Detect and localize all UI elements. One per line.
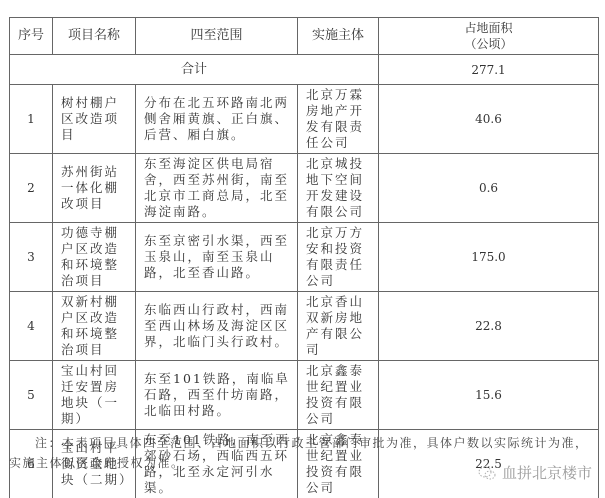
row-name: 双新村棚户区改造和环境整治项目 xyxy=(53,292,136,361)
row-entity: 北京城投地下空间开发建设有限公司 xyxy=(298,154,379,223)
table-header-row: 序号 项目名称 四至范围 实施主体 占地面积 （公顷） xyxy=(10,18,599,55)
row-no: 2 xyxy=(10,154,53,223)
row-name: 苏州街站一体化棚改项目 xyxy=(53,154,136,223)
header-no: 序号 xyxy=(10,18,53,55)
row-name: 树村棚户区改造项目 xyxy=(53,85,136,154)
header-area-unit: （公顷） xyxy=(380,36,597,52)
table-row: 5 宝山村回迁安置房地块（一期） 东至101铁路，南临阜石路，西至什坊南路，北临… xyxy=(10,361,599,430)
row-no: 3 xyxy=(10,223,53,292)
row-area: 0.6 xyxy=(379,154,599,223)
row-area: 175.0 xyxy=(379,223,599,292)
row-range: 东至海淀区供电局宿舍，西至苏州街，南至北京市工商总局，北至海淀南路。 xyxy=(136,154,298,223)
row-no: 1 xyxy=(10,85,53,154)
row-area: 22.8 xyxy=(379,292,599,361)
row-no: 4 xyxy=(10,292,53,361)
total-area: 277.1 xyxy=(379,55,599,85)
watermark: 血拼北京楼市 xyxy=(478,462,592,483)
row-area: 40.6 xyxy=(379,85,599,154)
table-row: 1 树村棚户区改造项目 分布在北五环路南北两侧舍厢黄旗、正白旗、后营、厢白旗。 … xyxy=(10,85,599,154)
row-entity: 北京万霖房地产开发有限责任公司 xyxy=(298,85,379,154)
row-no: 5 xyxy=(10,361,53,430)
header-area: 占地面积 （公顷） xyxy=(379,18,599,55)
header-entity: 实施主体 xyxy=(298,18,379,55)
row-range: 东至101铁路，南临阜石路，西至什坊南路，北临田村路。 xyxy=(136,361,298,430)
row-entity: 北京香山双新房地产有限公司 xyxy=(298,292,379,361)
total-row: 合计 277.1 xyxy=(10,55,599,85)
table-row: 2 苏州街站一体化棚改项目 东至海淀区供电局宿舍，西至苏州街，南至北京市工商总局… xyxy=(10,154,599,223)
header-name: 项目名称 xyxy=(53,18,136,55)
table-row: 3 功德寺棚户区改造和环境整治项目 东至京密引水渠，西至玉泉山，南至玉泉山路，北… xyxy=(10,223,599,292)
header-area-label: 占地面积 xyxy=(380,20,597,36)
row-name: 宝山村回迁安置房地块（一期） xyxy=(53,361,136,430)
row-area: 15.6 xyxy=(379,361,599,430)
row-entity: 北京鑫泰世纪置业投资有限公司 xyxy=(298,361,379,430)
row-range: 分布在北五环路南北两侧舍厢黄旗、正白旗、后营、厢白旗。 xyxy=(136,85,298,154)
header-range: 四至范围 xyxy=(136,18,298,55)
table-row: 4 双新村棚户区改造和环境整治项目 东临西山行政村，西南至西山林场及海淀区区界，… xyxy=(10,292,599,361)
row-range: 东至京密引水渠，西至玉泉山，南至玉泉山路，北至香山路。 xyxy=(136,223,298,292)
watermark-text: 血拼北京楼市 xyxy=(502,462,592,483)
total-label: 合计 xyxy=(10,55,379,85)
row-range: 东临西山行政村，西南至西山林场及海淀区区界，北临门头行政村。 xyxy=(136,292,298,361)
wechat-icon xyxy=(478,465,496,481)
row-name: 功德寺棚户区改造和环境整治项目 xyxy=(53,223,136,292)
row-entity: 北京万方安和投资有限责任公司 xyxy=(298,223,379,292)
project-table: 序号 项目名称 四至范围 实施主体 占地面积 （公顷） 合计 277.1 1 树… xyxy=(9,17,599,498)
